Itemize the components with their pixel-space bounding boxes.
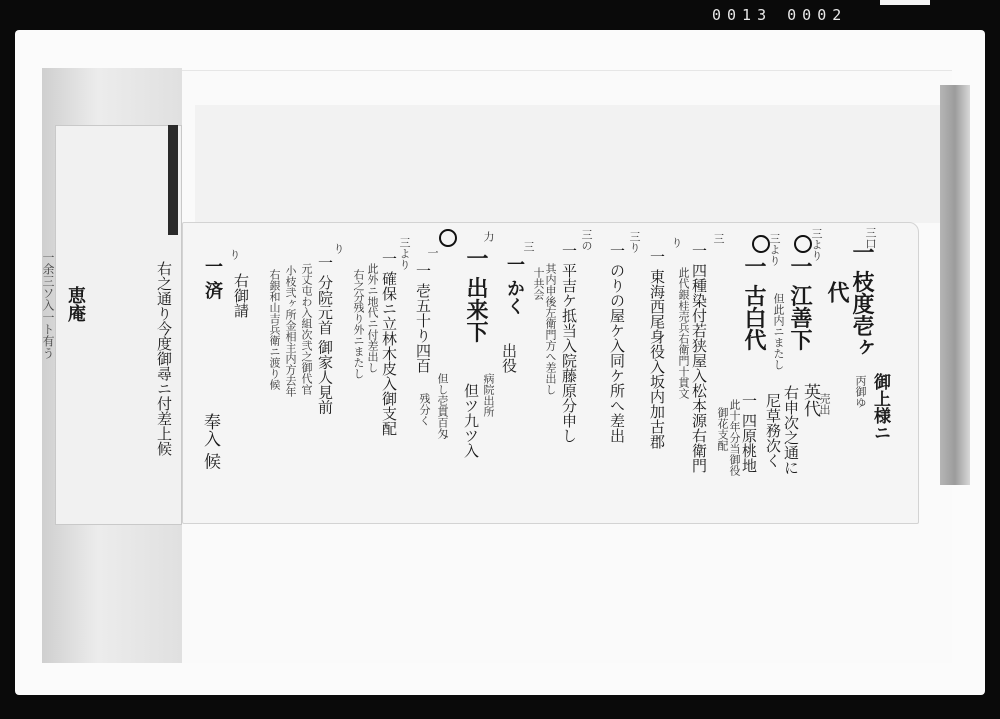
line: 一 平吉ケ抵当入院藤原分申し (561, 243, 576, 443)
strip-edge (168, 125, 178, 235)
note: り (333, 243, 344, 254)
line: 一 枝度壱ヶ (851, 241, 873, 359)
line-sub: 一 済 (203, 257, 221, 299)
line-sub: 病院出所 (483, 373, 494, 417)
line-sub: 此外ニ地代ニ付差出し (367, 263, 378, 373)
line: 右御請 (233, 273, 248, 318)
line-sub2: 残分く (419, 393, 430, 426)
film-tab (880, 0, 930, 5)
line-sub: 御上様ニ (871, 373, 888, 441)
line: 一 確保ニ立林木皮入御支配 (381, 251, 396, 436)
upper-paper-band (195, 105, 940, 223)
note: 三より (399, 237, 410, 270)
line: 英代 (801, 383, 818, 417)
document-sheet: 三口 一 枝度壱ヶ 御上様ニ 丙御ゆ 代 三より 一 江善下 但此内ニまたし 英… (182, 222, 919, 524)
left-paper-strip: 一余三ソ入一ト有う 恵庵 右之通り今度御尋ニ付差上候 (55, 125, 182, 525)
note: 三 (523, 241, 534, 252)
note: り (229, 249, 240, 260)
line: 一 古白代 (743, 255, 765, 351)
line-sub: 其内申後左衛門方へ差出し (545, 263, 556, 395)
line-sub: 右銀和山吉兵衛ニ渡り候 (269, 269, 280, 390)
line: 一 東海西尾身役入坂内加古郡 (649, 249, 664, 449)
note: 売出 (819, 393, 830, 415)
line-sub: 此十年分当御役 (729, 399, 740, 476)
line-sub2: 御花支配 (717, 407, 728, 451)
line: 一 壱五十り四百 (415, 263, 430, 373)
note: 三り (629, 231, 640, 253)
line-sub2: 但ツ九ツ入 (463, 383, 478, 458)
line-sub2: 十共会 (533, 267, 544, 300)
line-sub: 右申次之通に (783, 385, 798, 475)
note: 力 (483, 231, 494, 242)
line-sub: 右之分残り外ニまたし (353, 269, 364, 379)
line: 一 かく (505, 255, 523, 315)
signature: 恵庵 (66, 286, 84, 322)
line: 代 (826, 281, 848, 303)
line-sub: 此代銀桂売兵右衛門十貫文 (678, 267, 689, 399)
line: 奉入 候 (201, 413, 218, 469)
line-sub2: 丙御ゆ (855, 375, 866, 408)
note: 三より (769, 233, 780, 266)
line: 一 四種染付若狭屋入松本源右衛門 (691, 243, 706, 473)
note: 一 (427, 247, 438, 258)
note: 三の (581, 229, 592, 251)
line-sub: 但し壱貫百匁 (437, 373, 448, 439)
line-sub: 出役 (501, 343, 516, 373)
closing-line: 右之通り今度御尋ニ付差上候 (156, 261, 171, 456)
note: 三 (713, 233, 724, 244)
line: 一 出来下 (465, 247, 487, 343)
right-fold-shadow (940, 85, 970, 485)
line-sub: 尼草務次く (765, 393, 780, 468)
line: 一 分院元首 御家人見前 (317, 255, 332, 415)
note: り (671, 237, 682, 248)
frame-number: 0013 0002 (712, 6, 847, 24)
line: 一 四原桃地 (741, 393, 756, 473)
outer-margin-text: 一余三ソ入一ト有う (42, 251, 54, 359)
circle-mark (439, 229, 457, 247)
line: 一 江善下 (789, 255, 811, 351)
line: 小枝弐ヶ所金相主内方去年 (285, 265, 296, 397)
line: 一 のりの屋ケ入同ケ所へ差出 (609, 243, 624, 443)
line-sub: 元丈屯わ入組次弐之御代官 (301, 263, 312, 395)
line-sub: 但此内ニまたし (773, 293, 784, 370)
